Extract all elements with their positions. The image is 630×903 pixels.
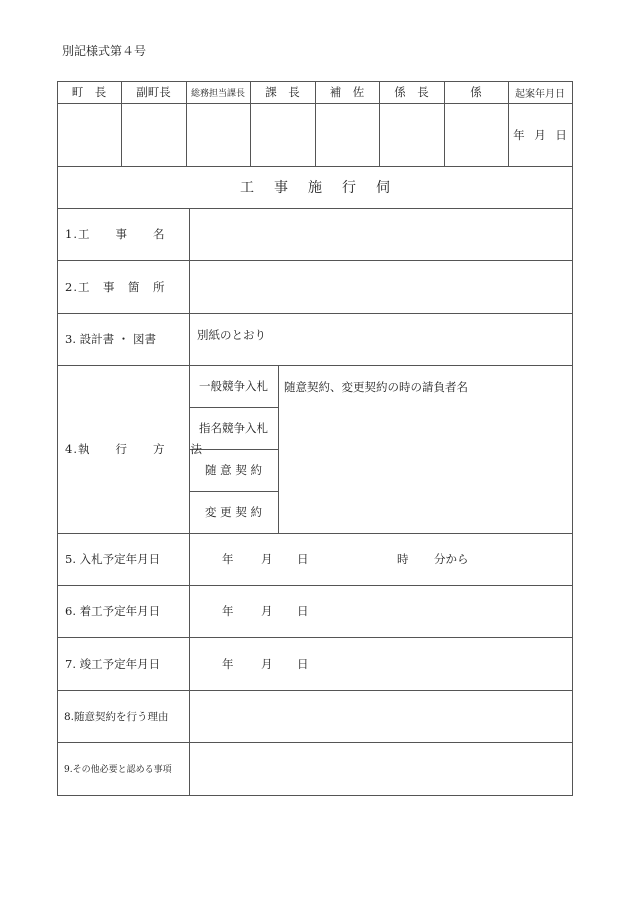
minute-unit: 分から bbox=[434, 533, 469, 585]
header-general-affairs-chief: 総務担当課長 bbox=[186, 81, 250, 103]
bid-date-field[interactable]: 年 月 日 時 分から bbox=[189, 533, 572, 585]
label-design-documents: 3. 設計書 ・ 図書 bbox=[57, 313, 189, 365]
header-draft-date: 起案年月日 bbox=[508, 81, 572, 103]
header-mayor: 町 長 bbox=[57, 81, 121, 103]
label-start-date: 6. 着工予定年月日 bbox=[57, 585, 189, 637]
label-negotiated-reason: 8.随意契約を行う理由 bbox=[57, 690, 189, 742]
header-subsection-chief: 係 長 bbox=[379, 81, 444, 103]
label-work-name: 1.工 事 名 bbox=[57, 208, 189, 260]
year-unit: 年 bbox=[222, 637, 234, 690]
day-unit: 日 bbox=[297, 585, 309, 637]
rule bbox=[57, 795, 573, 796]
draft-date-field[interactable]: 年 月 日 bbox=[508, 103, 572, 166]
stamp-cell-deputy-mayor[interactable] bbox=[122, 104, 186, 166]
year-unit: 年 bbox=[222, 533, 234, 585]
form-title: 工事施行伺 bbox=[57, 166, 573, 208]
label-completion-date: 7. 竣工予定年月日 bbox=[57, 637, 189, 690]
negotiated-reason-field[interactable] bbox=[189, 690, 572, 742]
label-work-location: 2.工 事 箇 所 bbox=[57, 260, 189, 313]
start-date-field[interactable]: 年 月 日 bbox=[189, 585, 572, 637]
design-documents-field[interactable]: 別紙のとおり bbox=[189, 313, 572, 365]
label-execution-method: 4.執 行 方 法 bbox=[57, 365, 189, 533]
other-matters-field[interactable] bbox=[189, 742, 572, 795]
stamp-cell-mayor[interactable] bbox=[58, 104, 121, 166]
hour-unit: 時 bbox=[397, 533, 409, 585]
header-section-chief: 課 長 bbox=[250, 81, 315, 103]
work-name-field[interactable] bbox=[189, 208, 572, 260]
header-staff: 係 bbox=[444, 81, 508, 103]
option-designated-competitive-bid[interactable]: 指名競争入札 bbox=[189, 407, 278, 449]
stamp-cell-assistant[interactable] bbox=[316, 104, 379, 166]
option-change-contract[interactable]: 変 更 契 約 bbox=[189, 491, 278, 533]
option-negotiated-contract[interactable]: 随 意 契 約 bbox=[189, 449, 278, 491]
form-id: 別記様式第４号 bbox=[62, 42, 146, 59]
stamp-cell-section-chief[interactable] bbox=[251, 104, 315, 166]
contractor-name-field[interactable]: 随意契約、変更契約の時の請負者名 bbox=[278, 365, 572, 533]
day-unit: 日 bbox=[297, 533, 309, 585]
year-unit: 年 bbox=[222, 585, 234, 637]
month-unit: 月 bbox=[261, 533, 273, 585]
completion-date-field[interactable]: 年 月 日 bbox=[189, 637, 572, 690]
header-deputy-mayor: 副町長 bbox=[121, 81, 186, 103]
option-general-competitive-bid[interactable]: 一般競争入札 bbox=[189, 365, 278, 407]
work-location-field[interactable] bbox=[189, 260, 572, 313]
label-other-matters: 9.その他必要と認める事項 bbox=[57, 742, 189, 795]
stamp-cell-general-affairs-chief[interactable] bbox=[187, 104, 250, 166]
month-unit: 月 bbox=[261, 637, 273, 690]
stamp-cell-staff[interactable] bbox=[445, 104, 508, 166]
day-unit: 日 bbox=[297, 637, 309, 690]
header-assistant: 補 佐 bbox=[315, 81, 379, 103]
stamp-cell-subsection-chief[interactable] bbox=[380, 104, 444, 166]
month-unit: 月 bbox=[261, 585, 273, 637]
label-bid-date: 5. 入札予定年月日 bbox=[57, 533, 189, 585]
